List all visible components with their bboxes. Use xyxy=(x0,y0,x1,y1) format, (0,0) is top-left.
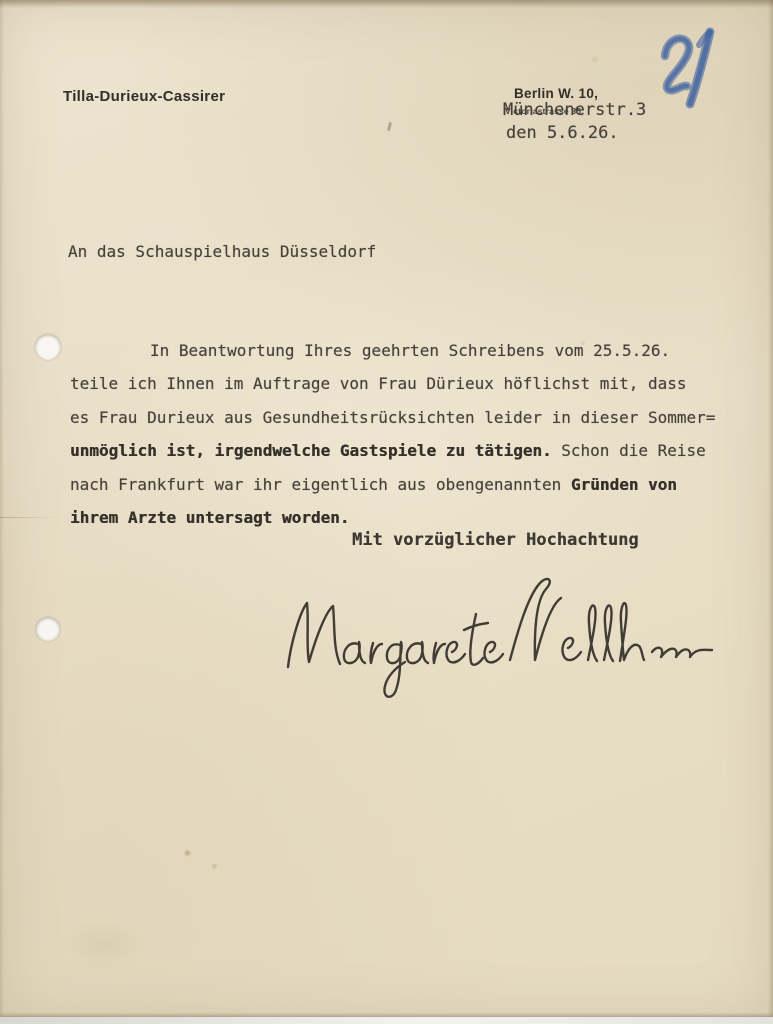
letterhead-city: Berlin W. 10, xyxy=(514,86,598,101)
body-line: nach Frankfurt war ihr eigentlich aus ob… xyxy=(70,468,730,501)
scan-edge-top xyxy=(0,0,773,8)
recipient-line: An das Schauspielhaus Düsseldorf xyxy=(68,242,376,261)
date-line: den 5.6.26. xyxy=(506,123,619,143)
signature-handwriting xyxy=(278,570,718,705)
body-line: es Frau Durieux aus Gesundheitsrücksicht… xyxy=(70,401,730,434)
stray-ink-mark xyxy=(387,122,392,131)
scan-edge-right xyxy=(768,0,773,1024)
foxing-spot xyxy=(183,849,192,857)
punch-hole-top xyxy=(35,334,61,360)
letter-scan: Tilla-Durieux-Cassirer Berlin W. 10, Vic… xyxy=(0,0,773,1024)
foxing-spot xyxy=(211,863,218,870)
page-number-pencil xyxy=(646,26,738,121)
body-paragraph: In Beantwortung Ihres geehrten Schreiben… xyxy=(70,334,730,534)
body-line: In Beantwortung Ihres geehrten Schreiben… xyxy=(70,334,730,367)
foxing-spot xyxy=(590,55,600,64)
sender-name: Tilla-Durieux-Cassirer xyxy=(63,88,225,105)
body-line: teile ich Ihnen im Auftrage von Frau Dür… xyxy=(70,367,730,400)
scan-edge-bottom xyxy=(0,1017,773,1024)
foxing-stain xyxy=(60,920,150,970)
scan-edge-left xyxy=(0,0,4,1024)
body-line: unmöglich ist, irgendwelche Gastspiele z… xyxy=(70,434,730,467)
closing-salutation: Mit vorzüglicher Hochachtung xyxy=(352,530,639,550)
fold-crease xyxy=(0,517,58,518)
punch-hole-bottom xyxy=(36,617,60,641)
typed-street-overstrike: Münchenerstr.3 xyxy=(503,100,646,120)
foxing-spot xyxy=(580,340,586,346)
